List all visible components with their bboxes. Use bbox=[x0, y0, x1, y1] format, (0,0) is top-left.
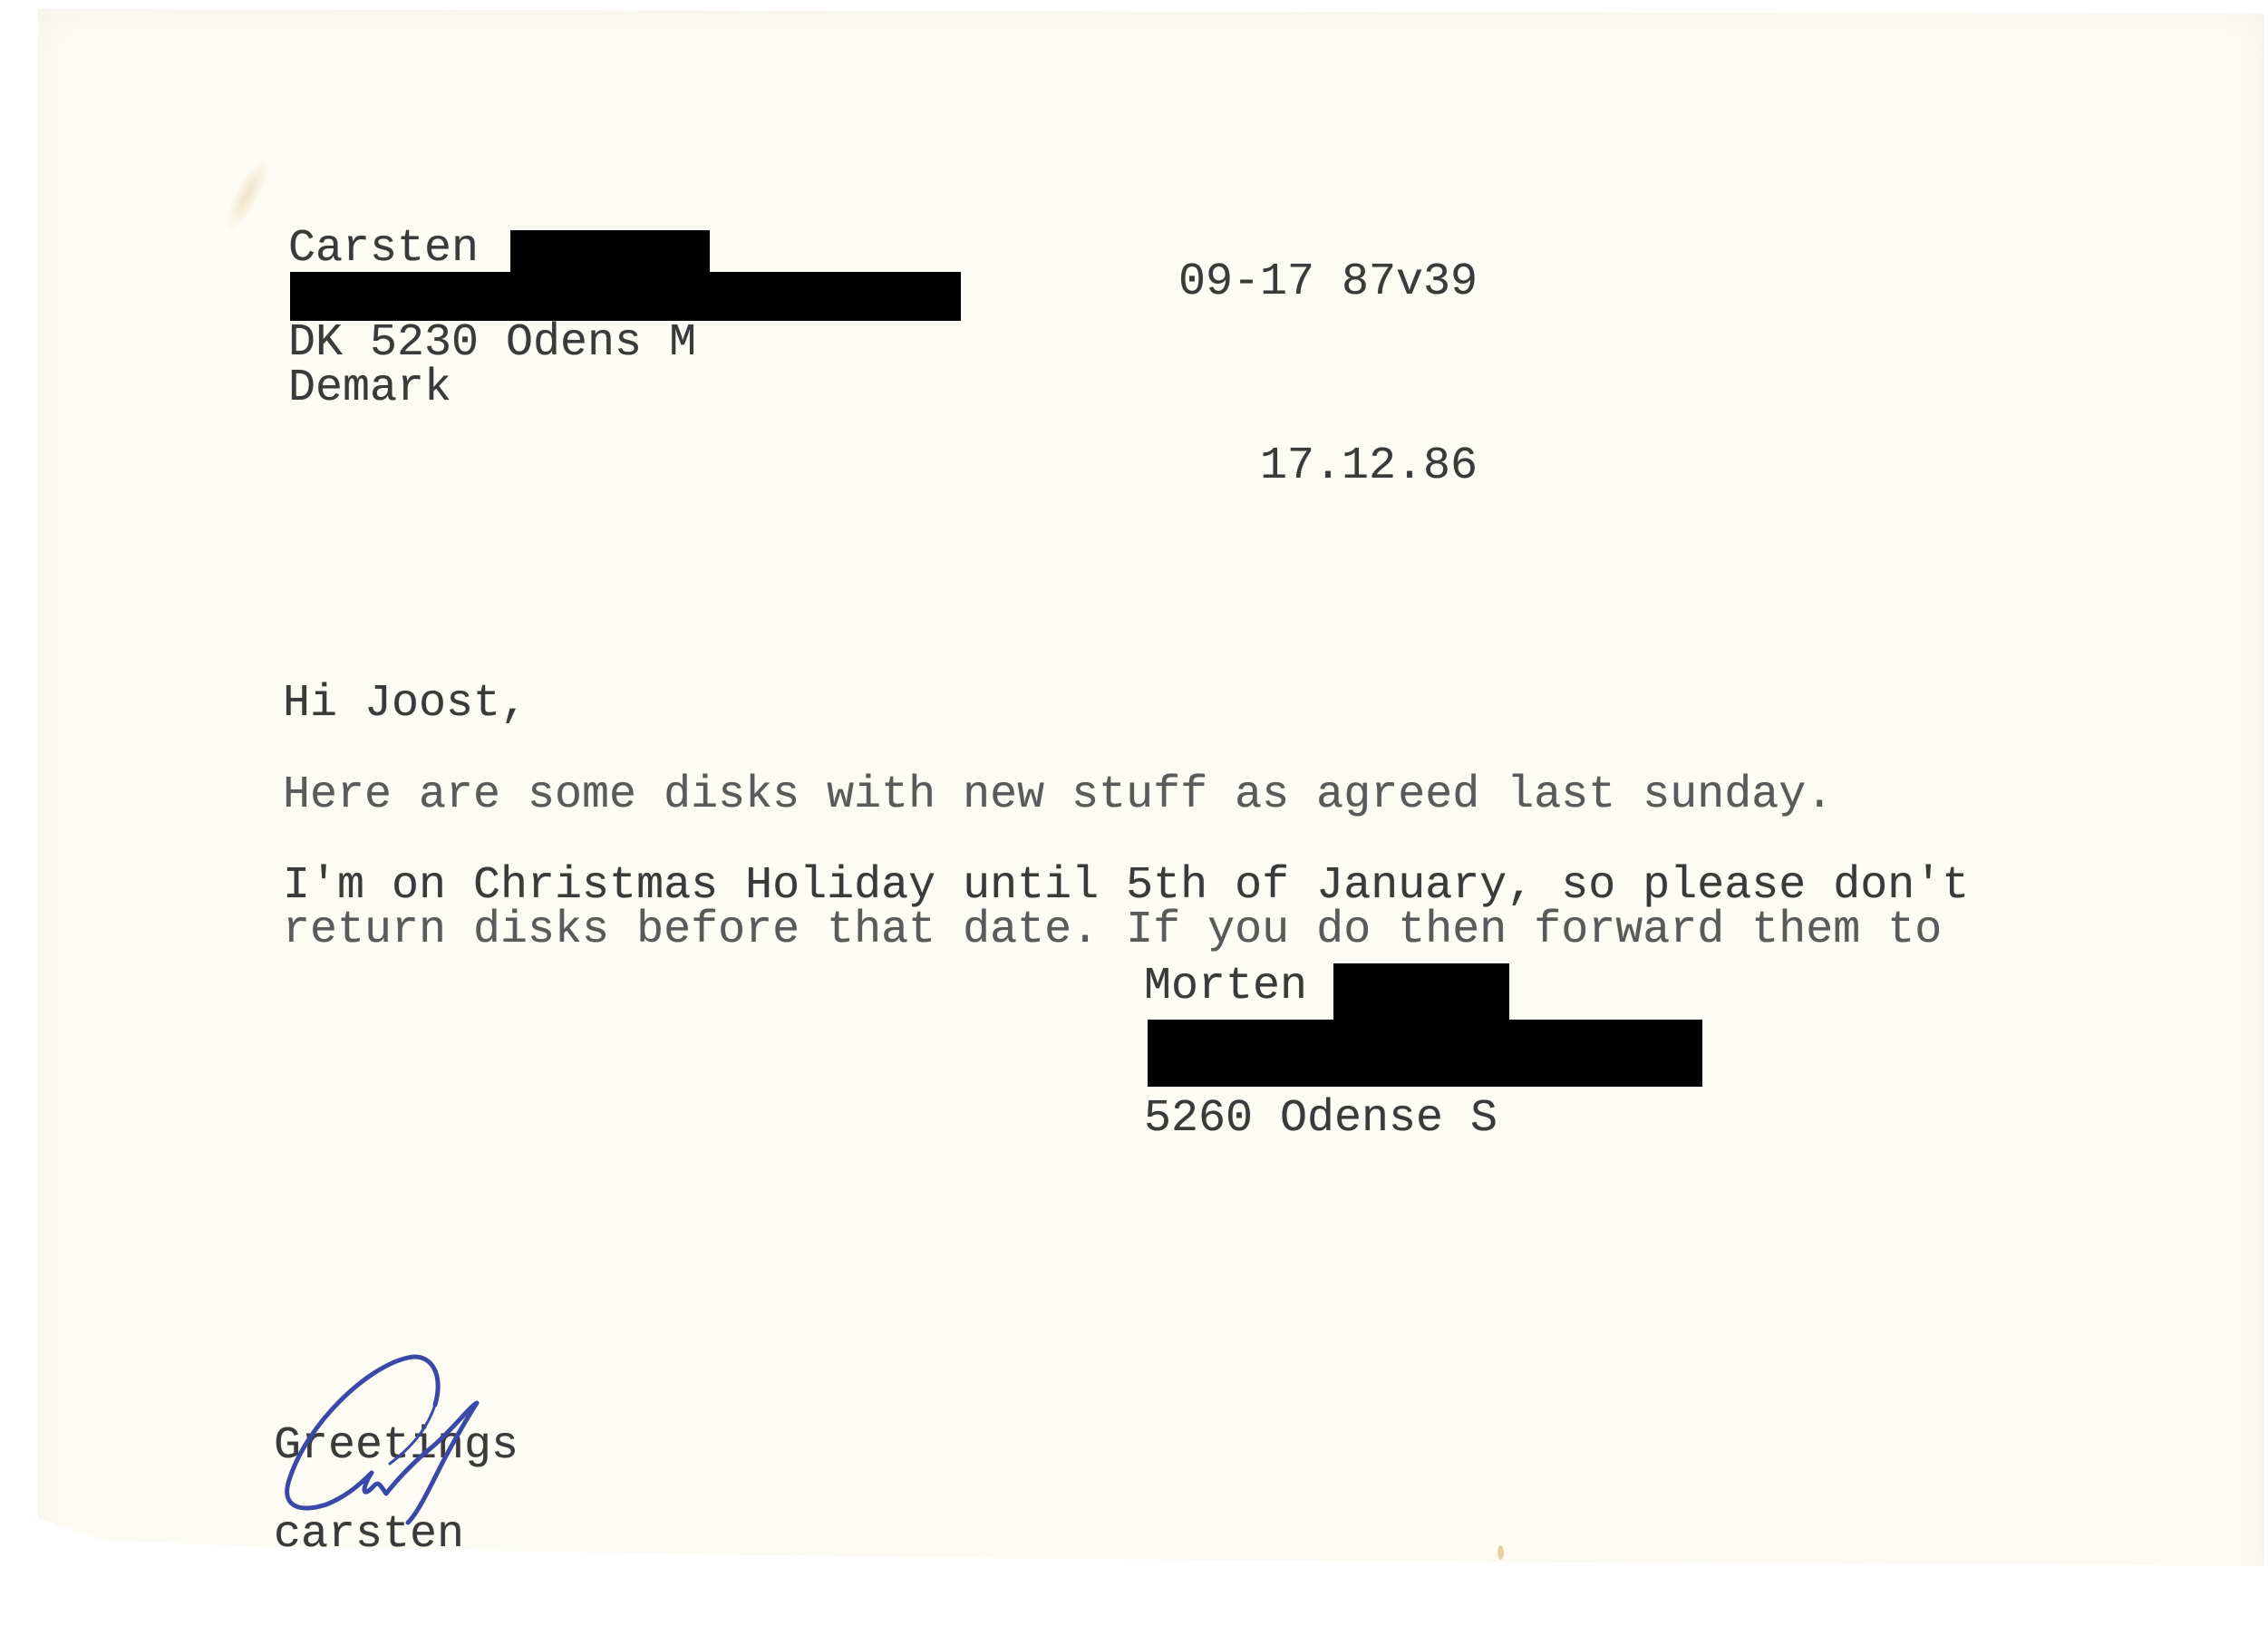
body-line-2: I'm on Christmas Holiday until 5th of Ja… bbox=[283, 864, 1969, 909]
salutation: Hi Joost, bbox=[283, 682, 528, 727]
redaction-sender-street bbox=[290, 272, 961, 321]
body-line-1: Here are some disks with new stuff as ag… bbox=[283, 773, 1833, 818]
sender-address-country: Demark bbox=[288, 366, 451, 411]
paper-stain-dot bbox=[1497, 1545, 1504, 1560]
redaction-sender-surname bbox=[510, 230, 710, 276]
body-line-3: return disks before that date. If you do… bbox=[283, 908, 1942, 953]
forward-name: Morten bbox=[1144, 964, 1307, 1010]
sender-address-city: DK 5230 Odens M bbox=[288, 321, 696, 366]
forward-city: 5260 Odense S bbox=[1144, 1097, 1497, 1142]
letter-date: 17.12.86 bbox=[1260, 444, 1478, 489]
sender-name: Carsten bbox=[288, 227, 479, 272]
handwritten-signature bbox=[272, 1350, 508, 1532]
redaction-forward-surname bbox=[1333, 963, 1509, 1021]
redaction-forward-street bbox=[1148, 1020, 1702, 1087]
reference-number: 09-17 87v39 bbox=[1178, 260, 1478, 305]
